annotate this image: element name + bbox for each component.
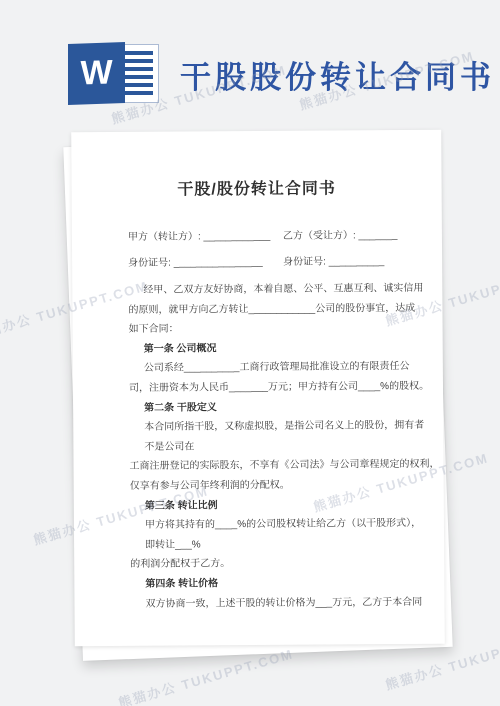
document-page: 干股/股份转让合同书 甲方（转让方）: ____________乙方（受让方）:…	[71, 130, 445, 647]
template-title: 干股股份转让合同书	[180, 52, 495, 97]
contract-line: 不是公司在	[129, 436, 423, 458]
word-icon-letter: W	[80, 53, 112, 93]
contract-line: 司，注册资本为人民币_______万元；甲方持有公司____%的股权。	[129, 377, 423, 399]
contract-line: 的利润分配权于乙方。	[130, 553, 424, 575]
contract-line: 双方协商一致，上述干股的转让价格为___万元，乙方于本合同	[130, 592, 424, 614]
contract-line: 公司系经__________工商行政管理局批准设立的有限责任公	[129, 357, 423, 379]
contract-parties: 甲方（转让方）: ____________乙方（受让方）: _______身份证…	[72, 223, 442, 278]
contract-clause-heading: 第四条 转让价格	[130, 573, 424, 595]
contract-line: 本合同所指干股，又称虚拟股，是指公司名义上的股份，拥有者	[129, 416, 423, 438]
contract-clause-heading: 第三条 转让比例	[130, 494, 424, 516]
contract-line: 经甲、乙双方友好协商，本着自愿、公平、互惠互利、诚实信用	[128, 279, 422, 301]
contract-title: 干股/股份转让合同书	[72, 175, 442, 201]
contract-body: 经甲、乙双方友好协商，本着自愿、公平、互惠互利、诚实信用的原则，就甲方向乙方转让…	[72, 279, 444, 615]
party-field-right: 乙方（受让方）: _______	[283, 223, 420, 250]
template-preview-canvas: W 干股股份转让合同书 干股/股份转让合同书 甲方（转让方）: ________…	[0, 0, 500, 706]
contract-line: 的原则，就甲方向乙方转让____________公司的股份事宜，达成	[128, 298, 422, 320]
contract-clause-heading: 第一条 公司概况	[129, 338, 423, 360]
party-field-left: 甲方（转让方）: ____________	[128, 224, 283, 251]
party-field-right: 身份证号: __________	[283, 249, 420, 276]
party-row: 身份证号: ________________身份证号: __________	[128, 249, 420, 277]
party-field-left: 身份证号: ________________	[128, 250, 283, 277]
word-icon: W	[68, 42, 160, 106]
contract-line: 如下合同：	[129, 318, 423, 340]
party-row: 甲方（转让方）: ____________乙方（受让方）: _______	[128, 223, 420, 251]
contract-line: 工商注册登记的实际股东，不享有《公司法》与公司章程规定的权利，	[129, 455, 423, 477]
contract-line: 甲方将其持有的____%的公司股权转让给乙方（以干股形式），	[130, 514, 424, 536]
contract-line: 仅享有参与公司年终利润的分配权。	[130, 475, 424, 497]
contract-line: 即转让___%	[130, 534, 424, 556]
contract-clause-heading: 第二条 干股定义	[129, 396, 423, 418]
word-icon-cover: W	[68, 42, 125, 105]
word-icon-text-lines	[122, 51, 153, 96]
